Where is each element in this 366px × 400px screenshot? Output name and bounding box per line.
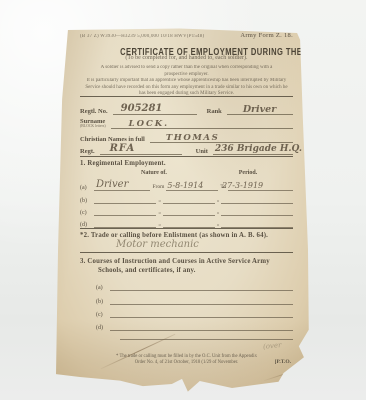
pto-label: [P.T.O. — [275, 359, 291, 365]
courses-row-b-line — [110, 293, 293, 305]
row-a-index: (a) — [80, 185, 94, 191]
row-a-from-line: 5-8-1914 — [166, 179, 218, 191]
regtl-no-field: 905281 — [113, 103, 197, 115]
document-subtitle: (To be completed for, and handed to, eac… — [80, 55, 293, 61]
row-a-from-value: 5-8-1914 — [167, 182, 203, 190]
row-b-from-line — [163, 192, 215, 204]
footnote: * The trade or calling must be filled in… — [80, 354, 293, 367]
surname-label-group: Surname (BLOCK letters) — [80, 119, 111, 129]
divider-rule-1 — [80, 96, 293, 97]
regtl-no-value: 905281 — [121, 104, 163, 114]
row-d-from-line — [163, 216, 215, 228]
courses-row-a: (a) — [80, 279, 293, 291]
employment-row-d: (d) „ „ — [80, 216, 293, 228]
surname-value: LOCK. — [129, 120, 170, 129]
row-b-to-line — [221, 192, 293, 204]
surname-field: LOCK. — [111, 117, 293, 129]
form-number: Army Form Z. 18. — [240, 32, 293, 39]
document-header: (B 37 Z) W3930—H3239 5,000,000 10/18 HWV… — [80, 32, 293, 39]
unit-value: 236 Brigade H.Q. RFA — [215, 145, 326, 154]
row-c-from-line — [163, 204, 215, 216]
row-a-nature-value: Driver — [96, 180, 128, 190]
row-a-from-label: From — [150, 184, 166, 191]
section1-heading: 1. Regimental Employment. — [80, 160, 293, 167]
section3-heading-line1: 3. Courses of Instruction and Courses in… — [80, 257, 293, 266]
unit-label: Unit — [196, 149, 213, 156]
regtl-no-label: Regtl. No. — [80, 109, 113, 116]
row-d-to-line — [221, 216, 293, 228]
employment-row-b: (b) „ „ — [80, 192, 293, 204]
courses-row-c-index: (c) — [96, 312, 110, 318]
unit-field: 236 Brigade H.Q. RFA — [213, 143, 293, 155]
surname-sublabel: (BLOCK letters) — [80, 125, 106, 129]
row-a-to-value: 27-3-1919 — [222, 182, 263, 190]
section1-column-headers: Nature of. Period. — [80, 170, 293, 178]
regt-label: Regt. — [80, 149, 100, 156]
courses-row-a-index: (a) — [96, 285, 110, 291]
christian-names-value: THOMAS — [166, 134, 220, 143]
courses-row-b: (b) — [80, 293, 293, 305]
divider-rule-2 — [80, 156, 293, 157]
row-c-nature-line — [94, 204, 156, 216]
courses-row-b-index: (b) — [96, 299, 110, 305]
trade-value: Motor mechanic — [116, 240, 199, 250]
trade-field: Motor mechanic — [80, 238, 293, 250]
period-column-header: Period. — [218, 170, 278, 176]
christian-names-field: THOMAS — [150, 131, 293, 143]
nature-of-column-header: Nature of. — [120, 170, 188, 176]
divider-rule-4 — [80, 252, 293, 253]
regt-value: RFA — [110, 144, 136, 154]
row-a-nature-line: Driver — [94, 179, 150, 191]
rank-field: Driver — [227, 103, 293, 115]
over-pencil-note: (over — [262, 341, 281, 351]
employment-row-a: (a) Driver From 5-8-1914 To 27-3-1919 — [80, 179, 293, 191]
section3-heading: 3. Courses of Instruction and Courses in… — [80, 257, 293, 275]
regt-unit-row: Regt. RFA Unit 236 Brigade H.Q. RFA — [80, 143, 293, 155]
important-note: It is particularly important that an app… — [82, 78, 291, 98]
row-a-to-line: 27-3-1919 — [228, 179, 293, 191]
courses-row-c-line — [110, 306, 293, 318]
row-d-nature-line — [94, 216, 156, 228]
divider-rule-3 — [80, 228, 293, 229]
row-c-to-line — [221, 204, 293, 216]
courses-row-c: (c) — [80, 306, 293, 318]
extra-line-rule — [120, 328, 293, 340]
employment-row-c: (c) „ „ — [80, 204, 293, 216]
print-code: (B 37 Z) W3930—H3239 5,000,000 10/18 HWV… — [80, 34, 204, 39]
extra-blank-line — [80, 328, 293, 340]
section3-heading-line2: Schools, and certificates, if any. — [80, 266, 293, 275]
courses-row-a-line — [110, 279, 293, 291]
photo-of-document: { "doc": { "header": { "print_code": "(B… — [0, 0, 366, 400]
surname-row: Surname (BLOCK letters) LOCK. — [80, 117, 293, 129]
advice-note: A soldier is advised to send a copy rath… — [97, 65, 276, 78]
document-content: (B 37 Z) W3930—H3239 5,000,000 10/18 HWV… — [80, 26, 293, 392]
rank-value: Driver — [243, 105, 276, 115]
christian-names-row: Christian Names in full THOMAS — [80, 131, 293, 143]
regt-field: RFA — [100, 143, 182, 155]
row-b-nature-line — [94, 192, 156, 204]
rank-label: Rank — [207, 109, 227, 116]
army-form-document: (B 37 Z) W3930—H3239 5,000,000 10/18 HWV… — [55, 26, 309, 392]
regtl-no-rank-row: Regtl. No. 905281 Rank Driver — [80, 103, 293, 115]
